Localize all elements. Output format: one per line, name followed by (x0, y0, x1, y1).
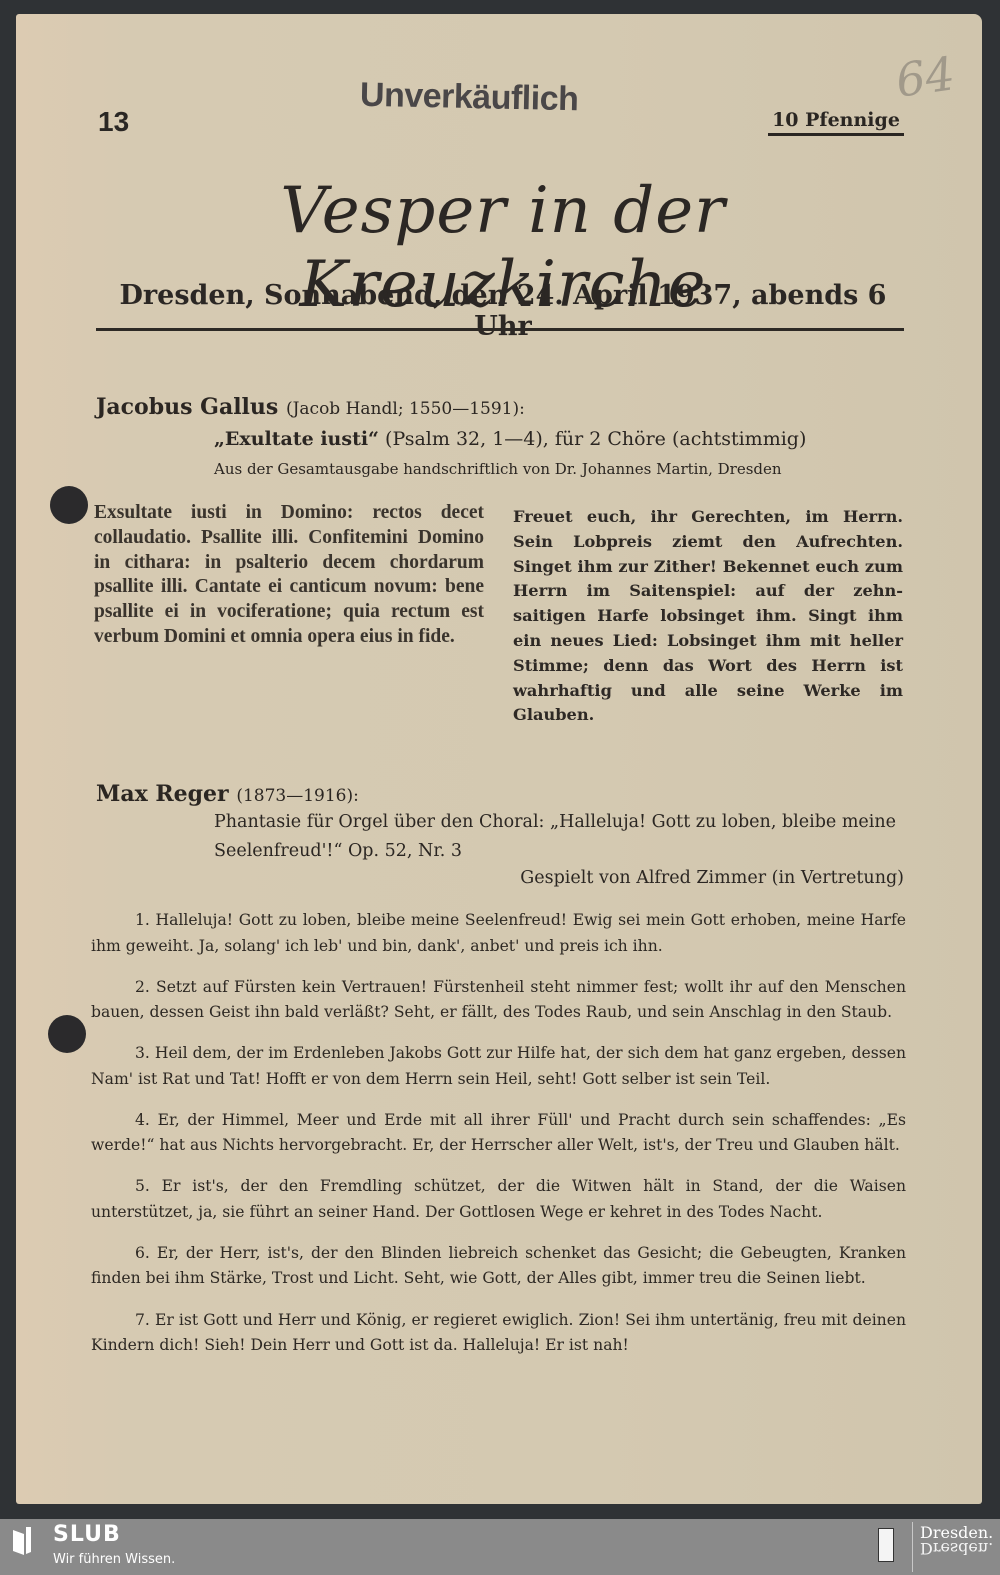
footer-divider (912, 1522, 913, 1572)
composer-details: (1873—1916): (236, 786, 359, 806)
title-divider (96, 328, 904, 331)
latin-text: Exsultate iusti in Domino: rectos decet … (94, 501, 484, 650)
verse: 1. Halleluja! Gott zu loben, bleibe mein… (91, 908, 906, 959)
performer-credit: Gespielt von Alfred Zimmer (in Vertretun… (436, 868, 904, 888)
handwritten-note: 64 (893, 46, 958, 108)
work-title: „Exultate iusti“ (214, 428, 379, 450)
book-icon (10, 1526, 40, 1556)
verse: 6. Er, der Herr, ist's, der den Blinden … (91, 1241, 906, 1292)
chorale-verses: 1. Halleluja! Gott zu loben, bleibe mein… (91, 908, 906, 1362)
composer-name: Jacobus Gallus (96, 394, 278, 420)
slub-logo-text[interactable]: SLUB (53, 1522, 121, 1547)
program-sheet: 13 Unverkäuflich 10 Pfennige 64 Vesper i… (16, 14, 982, 1504)
dresden-logo-mirror: Dresden. (920, 1539, 993, 1558)
work-title: Phantasie für Orgel über den Choral: „Ha… (214, 808, 904, 866)
composer-details: (Jacob Handl; 1550—1591): (286, 399, 525, 419)
verse: 4. Er, der Himmel, Meer und Erde mit all… (91, 1108, 906, 1159)
verse: 3. Heil dem, der im Erdenleben Jakobs Go… (91, 1041, 906, 1092)
composer-heading: Max Reger (1873—1916): (96, 781, 359, 807)
work-details: (Psalm 32, 1—4), für 2 Chöre (achtstimmi… (385, 428, 806, 450)
event-date-line: Dresden, Sonnabend, den 24. April 1937, … (98, 280, 908, 342)
price-label: 10 Pfennige (768, 109, 904, 136)
slub-tagline: Wir führen Wissen. (53, 1552, 175, 1567)
dresden-crest-icon (878, 1528, 894, 1562)
punch-hole (48, 1015, 86, 1053)
german-translation: Freuet euch, ihr Gerechten, im Herrn. Se… (513, 505, 903, 728)
page-number: 13 (98, 106, 129, 138)
work-title-line: „Exultate iusti“ (Psalm 32, 1—4), für 2 … (214, 428, 806, 450)
composer-heading: Jacobus Gallus (Jacob Handl; 1550—1591): (96, 394, 525, 420)
verse: 5. Er ist's, der den Fremdling schützet,… (91, 1174, 906, 1225)
composer-name: Max Reger (96, 781, 229, 807)
not-for-sale-stamp: Unverkäuflich (360, 76, 579, 120)
viewer-footer-bar: SLUB Wir führen Wissen. Dresden. Dresden… (0, 1519, 1000, 1575)
verse: 7. Er ist Gott und Herr und König, er re… (91, 1308, 906, 1359)
verse: 2. Setzt auf Fürsten kein Vertrauen! Für… (91, 975, 906, 1026)
punch-hole (50, 486, 88, 524)
edition-source: Aus der Gesamtausgabe handschriftlich vo… (214, 460, 782, 478)
